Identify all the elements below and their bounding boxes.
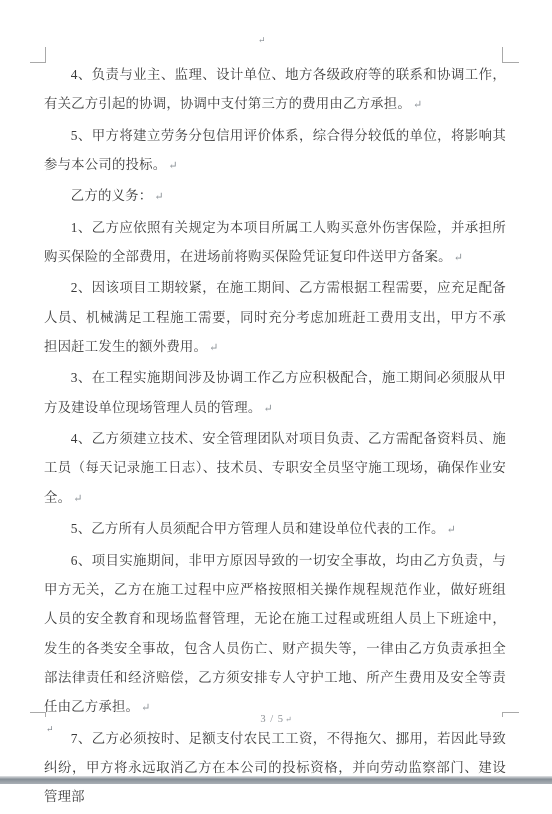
page-number-indicator: 3 / 5 xyxy=(260,714,284,725)
paragraph-text: 6、项目实施期间，非甲方原因导致的一切安全事故，均由乙方负责，与甲方无关，乙方在… xyxy=(44,553,506,715)
paragraph: 乙方的义务：↵ xyxy=(44,181,506,212)
paragraph-mark-icon: ↵ xyxy=(411,99,422,111)
paragraph: 6、项目实施期间，非甲方原因导致的一切安全事故，均由乙方负责，与甲方无关，乙方在… xyxy=(44,546,506,724)
header-paragraph-mark: ↵ xyxy=(258,35,266,46)
paragraph-mark-icon: ↵ xyxy=(152,191,163,203)
paragraph: 4、负责与业主、监理、设计单位、地方各级政府等的联系和协调工作，有关乙方引起的协… xyxy=(44,60,506,121)
paragraph-text: 2、因该项目工期较紧，在施工期间、乙方需根据工程需要，应充足配备人员、机械满足工… xyxy=(44,280,506,354)
paragraph-mark-icon: ↵ xyxy=(207,342,218,354)
document-page: ↵ 4、负责与业主、监理、设计单位、地方各级政府等的联系和协调工作，有关乙方引起… xyxy=(0,0,552,784)
paragraph-text: 乙方的义务： xyxy=(71,188,153,203)
paragraph-text: 5、乙方所有人员须配合甲方管理人员和建设单位代表的工作。 xyxy=(71,521,445,536)
paragraph: 5、乙方所有人员须配合甲方管理人员和建设单位代表的工作。↵ xyxy=(44,514,506,545)
paragraph: 1、乙方应依照有关规定为本项目所属工人购买意外伤害保险，并承担所购买保险的全部费… xyxy=(44,213,506,274)
footer-left-paragraph-mark: ↵ xyxy=(46,724,54,735)
page-footer: 3 / 5↵ xyxy=(0,714,552,725)
paragraph: 3、在工程实施期间涉及协调工作乙方应积极配合，施工期间必须服从甲方及建设单位现场… xyxy=(44,363,506,424)
paragraph-mark-icon: ↵ xyxy=(166,160,177,172)
footer-paragraph-mark: ↵ xyxy=(284,715,292,724)
paragraph: 2、因该项目工期较紧，在施工期间、乙方需根据工程需要，应充足配备人员、机械满足工… xyxy=(44,273,506,363)
paragraph: 5、甲方将建立劳务分包信用评价体系，综合得分较低的单位，将影响其参与本公司的投标… xyxy=(44,121,506,182)
paragraph: 7、乙方必须按时、足额支付农民工工资，不得拖欠、挪用，若因此导致纠纷，甲方将永远… xyxy=(44,724,506,784)
paragraph-mark-icon: ↵ xyxy=(71,493,82,505)
paragraph: 4、乙方须建立技术、安全管理团队对项目负责、乙方需配备资料员、施工员（每天记录施… xyxy=(44,424,506,514)
paragraph-mark-icon: ↵ xyxy=(139,702,150,714)
document-text-area[interactable]: 4、负责与业主、监理、设计单位、地方各级政府等的联系和协调工作，有关乙方引起的协… xyxy=(44,60,506,784)
page-bottom-edge xyxy=(0,776,552,784)
paragraph-text: 4、负责与业主、监理、设计单位、地方各级政府等的联系和协调工作，有关乙方引起的协… xyxy=(44,67,506,111)
paragraph-mark-icon: ↵ xyxy=(445,524,456,536)
paragraph-text: 4、乙方须建立技术、安全管理团队对项目负责、乙方需配备资料员、施工员（每天记录施… xyxy=(44,431,506,505)
paragraph-text: 3、在工程实施期间涉及协调工作乙方应积极配合，施工期间必须服从甲方及建设单位现场… xyxy=(44,370,506,414)
paragraph-text: 1、乙方应依照有关规定为本项目所属工人购买意外伤害保险，并承担所购买保险的全部费… xyxy=(44,220,506,264)
paragraph-mark-icon: ↵ xyxy=(261,403,272,415)
paragraph-text: 5、甲方将建立劳务分包信用评价体系，综合得分较低的单位，将影响其参与本公司的投标… xyxy=(44,128,506,172)
paragraph-mark-icon: ↵ xyxy=(452,252,463,264)
